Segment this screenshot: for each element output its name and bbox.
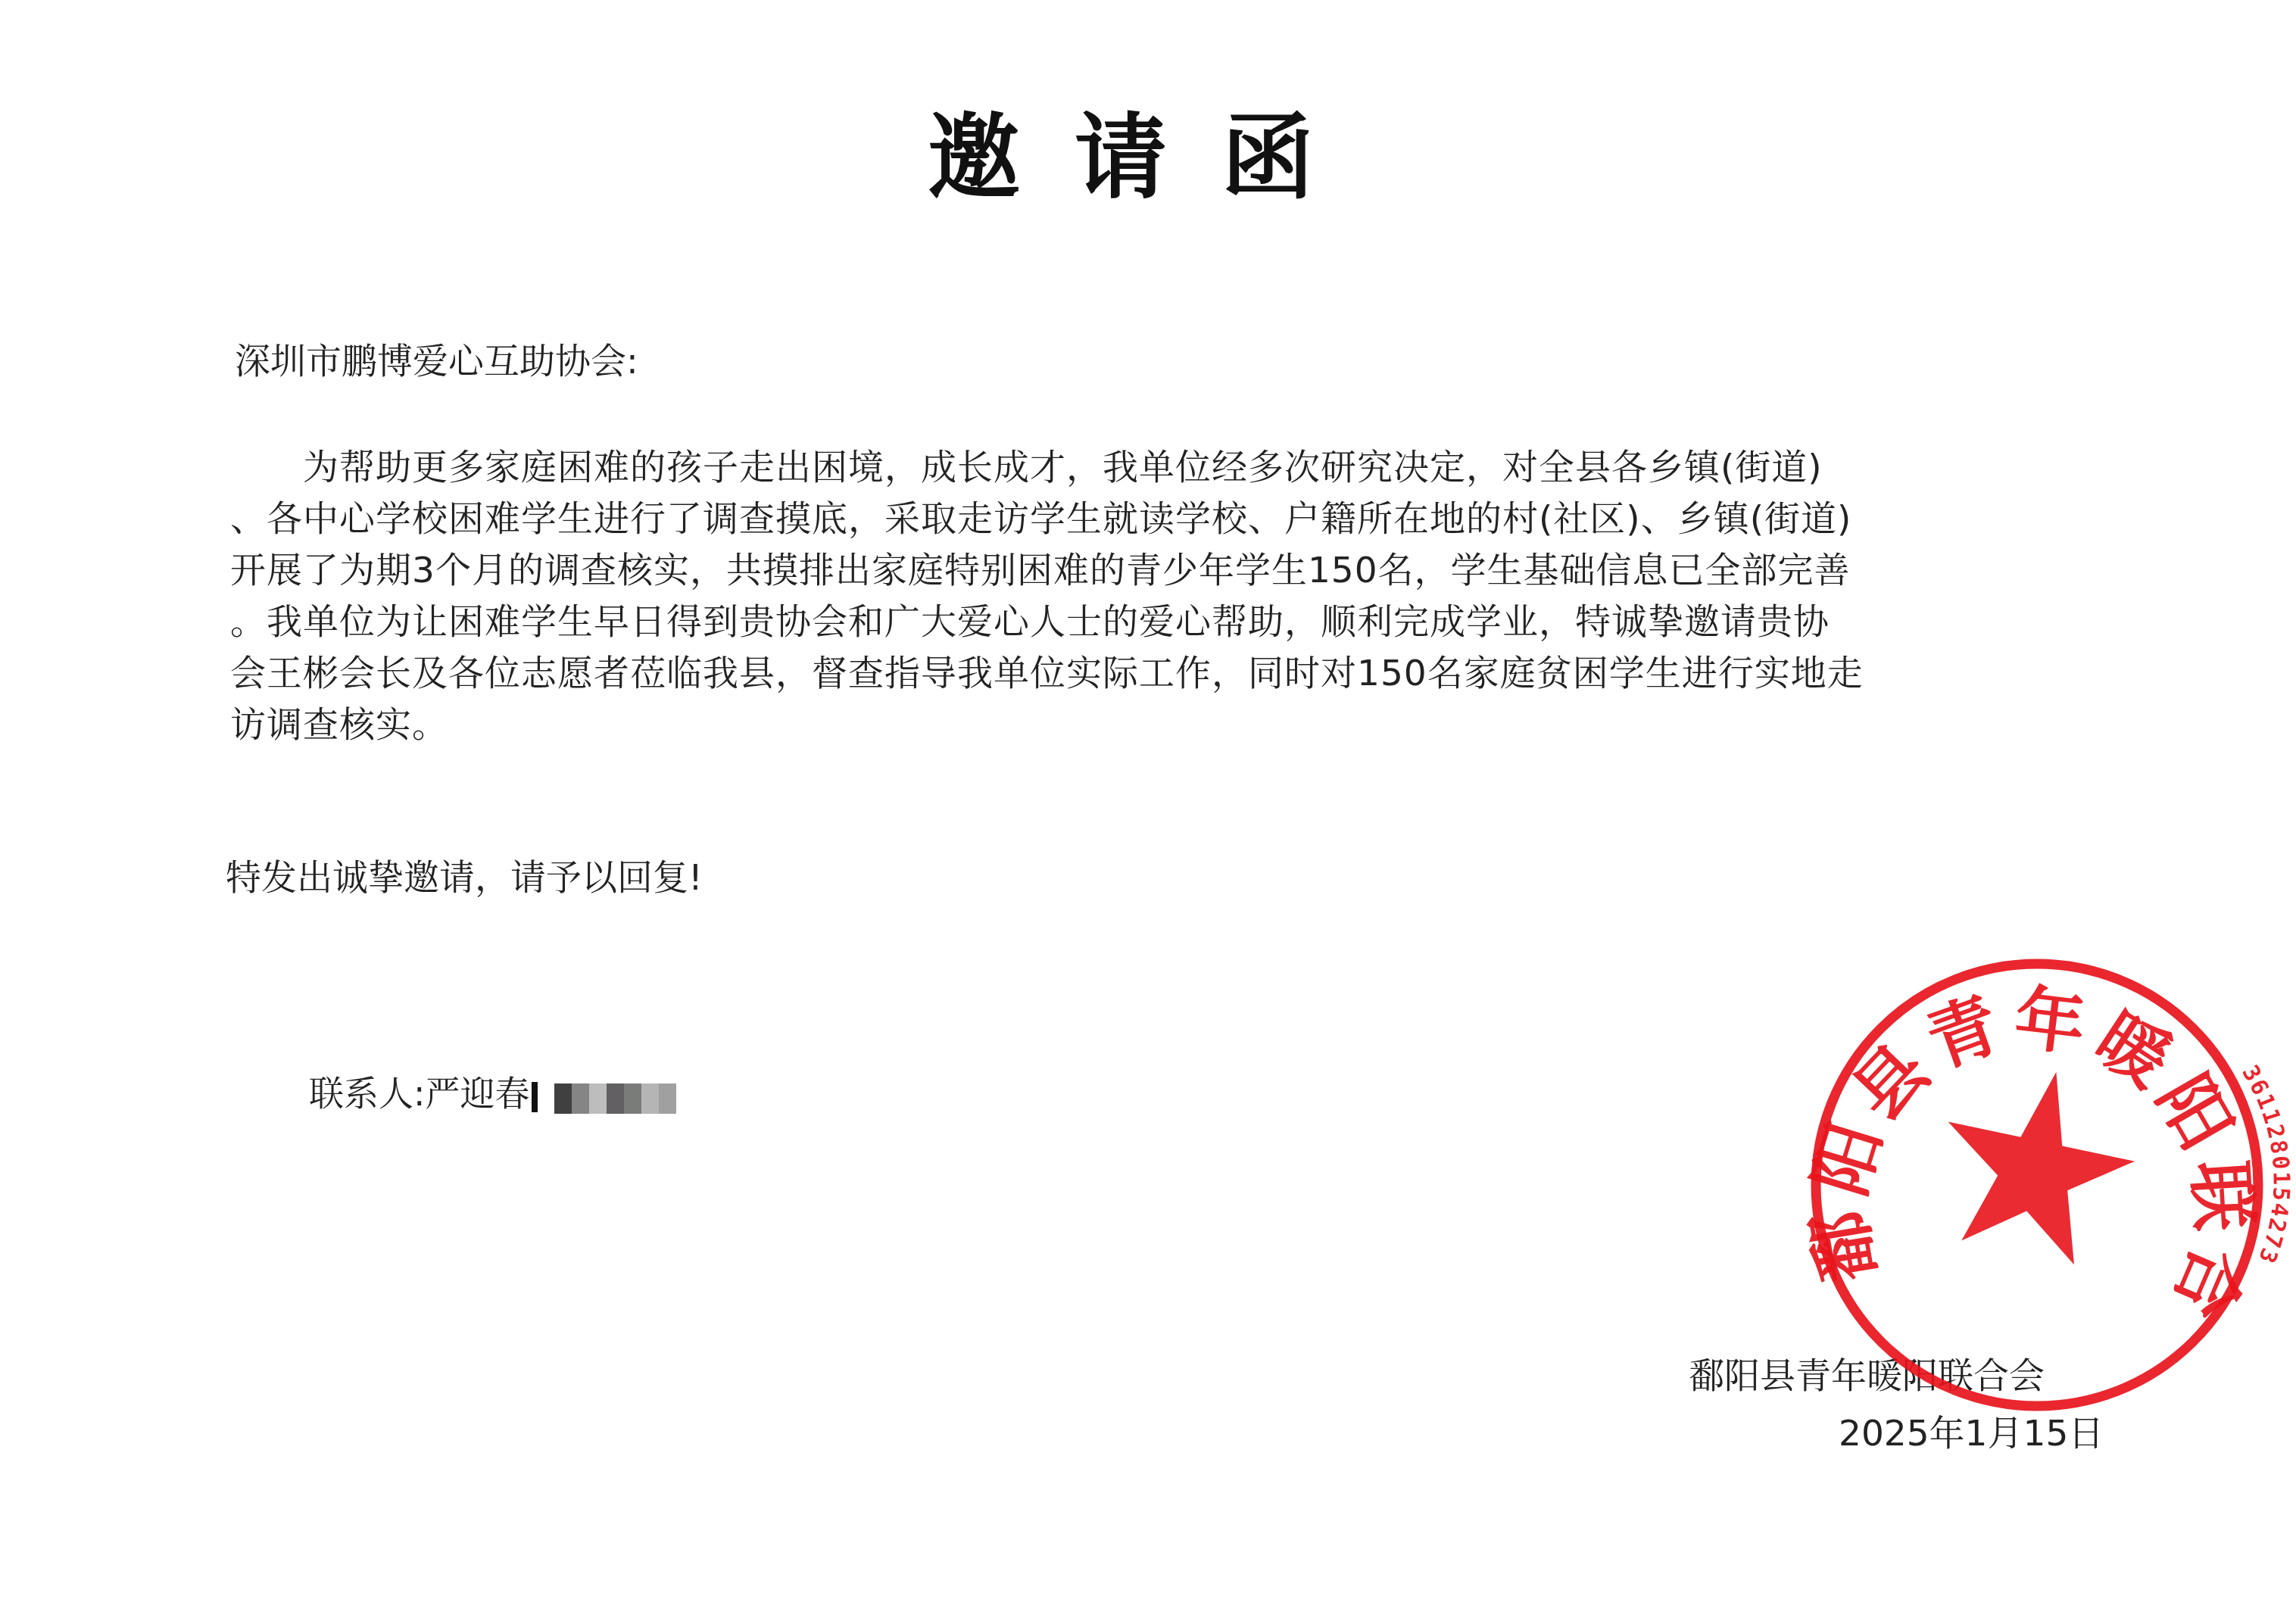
body-line: 。我单位为让困难学生早日得到贵协会和广大爱心人士的爱心帮助，顺利完成学业，特诚挚… [230,594,1830,644]
closing-line: 特发出诚挚邀请，请予以回复! [226,850,703,900]
star-icon [1924,1052,2149,1272]
body-line: 会王彬会长及各位志愿者莅临我县，督查指导我单位实际工作，同时对150名家庭贫困学… [230,645,1864,696]
contact-label: 联系人:严迎春 [309,1066,530,1116]
signature-organization: 鄱阳县青年暖阳联合会 [1689,1348,2045,1398]
body-line: 访调查核实。 [230,697,448,747]
redacted-phone-number [554,1083,676,1114]
body-line: 、各中心学校困难学生进行了调查摸底，采取走访学生就读学校、户籍所在地的村(社区)… [230,491,1851,541]
contact-line: 联系人:严迎春 [309,1066,676,1116]
svg-text:3611280154273: 3611280154273 [2236,1061,2294,1267]
svg-text:鄱阳县青年暖阳联合会: 鄱阳县青年暖阳联合会 [1795,943,2265,1338]
body-line: 为帮助更多家庭困难的孩子走出困境，成长成才，我单位经多次研究决定，对全县各乡镇(… [230,439,1823,490]
text-cursor [532,1082,538,1112]
document-title: 邀请函 [0,83,2296,216]
signature-date: 2025年1月15日 [1839,1405,2104,1456]
recipient-salutation: 深圳市鹏博爱心互助协会: [235,333,638,384]
body-line: 开展了为期3个月的调查核实，共摸排出家庭特别困难的青少年学生150名，学生基础信… [230,542,1851,593]
